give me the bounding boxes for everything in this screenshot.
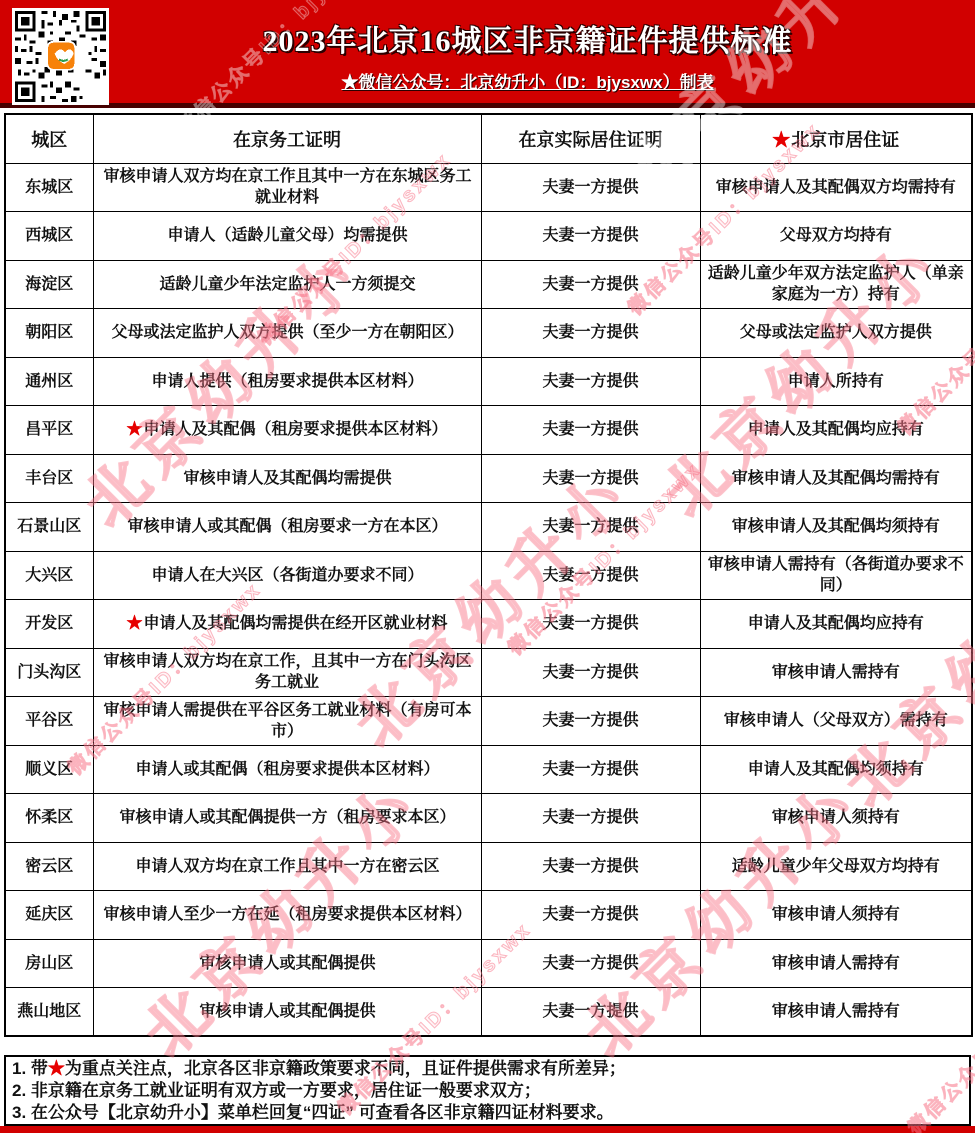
residence-proof-cell: 夫妻一方提供: [481, 988, 700, 1037]
table-row: 延庆区 审核申请人至少一方在延（租房要求提供本区材料） 夫妻一方提供 审核申请人…: [5, 891, 972, 940]
star-icon: ★: [126, 615, 142, 632]
district-cell: 通州区: [5, 357, 93, 406]
star-icon: ★: [126, 421, 142, 438]
residence-permit-cell: 审核申请人需持有: [700, 988, 972, 1037]
work-proof-cell: ★申请人及其配偶（租房要求提供本区材料）: [93, 406, 481, 455]
table-header-row: 城区 在京务工证明 在京实际居住证明 ★北京市居住证: [5, 114, 972, 163]
work-proof-cell: 审核申请人双方均在京工作，且其中一方在门头沟区务工就业: [93, 648, 481, 697]
requirements-table: 城区 在京务工证明 在京实际居住证明 ★北京市居住证 东城区 审核申请人双方均在…: [4, 113, 973, 1037]
residence-permit-cell: 审核申请人须持有: [700, 891, 972, 940]
residence-proof-cell: 夫妻一方提供: [481, 163, 700, 212]
table-row: 海淀区 适龄儿童少年法定监护人一方须提交 夫妻一方提供 适龄儿童少年双方法定监护…: [5, 260, 972, 309]
table-row: 密云区 申请人双方均在京工作且其中一方在密云区 夫妻一方提供 适龄儿童少年父母双…: [5, 842, 972, 891]
work-proof-cell: 申请人（适龄儿童父母）均需提供: [93, 212, 481, 261]
work-proof-cell: 审核申请人或其配偶提供: [93, 988, 481, 1037]
work-proof-text: 申请人及其配偶（租房要求提供本区材料）: [144, 421, 448, 438]
col-header-work-proof: 在京务工证明: [93, 114, 481, 163]
work-proof-text: 审核申请人或其配偶（租房要求一方在本区）: [127, 518, 447, 535]
work-proof-cell: 审核申请人需提供在平谷区务工就业材料（有房可本市）: [93, 697, 481, 746]
page-subtitle: ★微信公众号：北京幼升小（ID：bjysxwx）制表: [341, 68, 713, 93]
residence-permit-cell: 适龄儿童少年父母双方均持有: [700, 842, 972, 891]
table-row: 门头沟区 审核申请人双方均在京工作，且其中一方在门头沟区务工就业 夫妻一方提供 …: [5, 648, 972, 697]
work-proof-cell: 适龄儿童少年法定监护人一方须提交: [93, 260, 481, 309]
work-proof-text: 申请人双方均在京工作且其中一方在密云区: [135, 858, 439, 875]
district-cell: 门头沟区: [5, 648, 93, 697]
district-cell: 石景山区: [5, 503, 93, 552]
work-proof-text: 审核申请人双方均在京工作，且其中一方在门头沟区务工就业: [103, 653, 471, 691]
residence-permit-cell: 审核申请人及其配偶均须持有: [700, 503, 972, 552]
work-proof-cell: 审核申请人至少一方在延（租房要求提供本区材料）: [93, 891, 481, 940]
footnotes-box: 1. 带★为重点关注点，北京各区非京籍政策要求不同，且证件提供需求有所差异； 2…: [4, 1055, 971, 1126]
work-proof-cell: 申请人或其配偶（租房要求提供本区材料）: [93, 745, 481, 794]
table-row: 石景山区 审核申请人或其配偶（租房要求一方在本区） 夫妻一方提供 审核申请人及其…: [5, 503, 972, 552]
col-header-district: 城区: [5, 114, 93, 163]
header-titles: 2023年北京16城区非京籍证件提供标准 ★微信公众号：北京幼升小（ID：bjy…: [120, 0, 935, 108]
work-proof-text: 审核申请人或其配偶提供: [199, 1003, 375, 1020]
residence-proof-cell: 夫妻一方提供: [481, 842, 700, 891]
table-body: 东城区 审核申请人双方均在京工作且其中一方在东城区务工就业材料 夫妻一方提供 审…: [5, 163, 972, 1036]
table-row: 西城区 申请人（适龄儿童父母）均需提供 夫妻一方提供 父母双方均持有: [5, 212, 972, 261]
work-proof-text: 审核申请人及其配偶均需提供: [183, 470, 391, 487]
residence-proof-cell: 夫妻一方提供: [481, 503, 700, 552]
col-header-permit-label: 北京市居住证: [791, 130, 899, 150]
district-cell: 怀柔区: [5, 794, 93, 843]
table-row: 燕山地区 审核申请人或其配偶提供 夫妻一方提供 审核申请人需持有: [5, 988, 972, 1037]
table-row: 昌平区 ★申请人及其配偶（租房要求提供本区材料） 夫妻一方提供 申请人及其配偶均…: [5, 406, 972, 455]
col-header-residence-permit: ★北京市居住证: [700, 114, 972, 163]
residence-proof-cell: 夫妻一方提供: [481, 600, 700, 649]
work-proof-text: 申请人及其配偶均需提供在经开区就业材料: [144, 615, 448, 632]
district-cell: 平谷区: [5, 697, 93, 746]
district-cell: 海淀区: [5, 260, 93, 309]
work-proof-text: 审核申请人需提供在平谷区务工就业材料（有房可本市）: [103, 702, 471, 740]
work-proof-text: 审核申请人或其配偶提供一方（租房要求本区）: [119, 809, 455, 826]
footnote-2: 2. 非京籍在京务工就业证明有双方或一方要求，居住证一般要求双方；: [12, 1080, 963, 1102]
table-row: 怀柔区 审核申请人或其配偶提供一方（租房要求本区） 夫妻一方提供 审核申请人须持…: [5, 794, 972, 843]
work-proof-text: 审核申请人或其配偶提供: [199, 955, 375, 972]
residence-proof-cell: 夫妻一方提供: [481, 406, 700, 455]
work-proof-cell: 申请人双方均在京工作且其中一方在密云区: [93, 842, 481, 891]
district-cell: 延庆区: [5, 891, 93, 940]
residence-permit-cell: 审核申请人（父母双方）需持有: [700, 697, 972, 746]
work-proof-text: 申请人在大兴区（各街道办要求不同）: [151, 567, 423, 584]
residence-permit-cell: 申请人所持有: [700, 357, 972, 406]
residence-proof-cell: 夫妻一方提供: [481, 260, 700, 309]
district-cell: 昌平区: [5, 406, 93, 455]
table-row: 房山区 审核申请人或其配偶提供 夫妻一方提供 审核申请人需持有: [5, 939, 972, 988]
district-cell: 燕山地区: [5, 988, 93, 1037]
work-proof-cell: ★申请人及其配偶均需提供在经开区就业材料: [93, 600, 481, 649]
district-cell: 西城区: [5, 212, 93, 261]
residence-permit-cell: 申请人及其配偶均应持有: [700, 600, 972, 649]
residence-proof-cell: 夫妻一方提供: [481, 745, 700, 794]
work-proof-cell: 父母或法定监护人双方提供（至少一方在朝阳区）: [93, 309, 481, 358]
district-cell: 朝阳区: [5, 309, 93, 358]
residence-proof-cell: 夫妻一方提供: [481, 648, 700, 697]
residence-proof-cell: 夫妻一方提供: [481, 551, 700, 600]
district-cell: 房山区: [5, 939, 93, 988]
work-proof-cell: 申请人在大兴区（各街道办要求不同）: [93, 551, 481, 600]
bottom-red-strip: [0, 1126, 975, 1133]
residence-proof-cell: 夫妻一方提供: [481, 309, 700, 358]
work-proof-cell: 审核申请人及其配偶均需提供: [93, 454, 481, 503]
district-cell: 东城区: [5, 163, 93, 212]
residence-proof-cell: 夫妻一方提供: [481, 891, 700, 940]
work-proof-text: 审核申请人双方均在京工作且其中一方在东城区务工就业材料: [103, 168, 471, 206]
work-proof-text: 适龄儿童少年法定监护人一方须提交: [159, 276, 415, 293]
work-proof-cell: 审核申请人或其配偶（租房要求一方在本区）: [93, 503, 481, 552]
residence-permit-cell: 审核申请人及其配偶双方均需持有: [700, 163, 972, 212]
district-cell: 密云区: [5, 842, 93, 891]
qr-code-icon: [12, 8, 109, 105]
district-cell: 顺义区: [5, 745, 93, 794]
star-icon: ★: [48, 1059, 65, 1078]
table-row: 顺义区 申请人或其配偶（租房要求提供本区材料） 夫妻一方提供 申请人及其配偶均须…: [5, 745, 972, 794]
residence-proof-cell: 夫妻一方提供: [481, 212, 700, 261]
residence-proof-cell: 夫妻一方提供: [481, 697, 700, 746]
residence-permit-cell: 审核申请人需持有: [700, 939, 972, 988]
work-proof-text: 申请人提供（租房要求提供本区材料）: [151, 373, 423, 390]
district-cell: 开发区: [5, 600, 93, 649]
work-proof-cell: 审核申请人双方均在京工作且其中一方在东城区务工就业材料: [93, 163, 481, 212]
header-banner: 2023年北京16城区非京籍证件提供标准 ★微信公众号：北京幼升小（ID：bjy…: [0, 0, 975, 108]
table-row: 开发区 ★申请人及其配偶均需提供在经开区就业材料 夫妻一方提供 申请人及其配偶均…: [5, 600, 972, 649]
residence-permit-cell: 审核申请人需持有: [700, 648, 972, 697]
star-icon: ★: [772, 130, 790, 150]
work-proof-cell: 申请人提供（租房要求提供本区材料）: [93, 357, 481, 406]
residence-permit-cell: 父母或法定监护人双方提供: [700, 309, 972, 358]
residence-proof-cell: 夫妻一方提供: [481, 357, 700, 406]
residence-proof-cell: 夫妻一方提供: [481, 939, 700, 988]
work-proof-text: 父母或法定监护人双方提供（至少一方在朝阳区）: [111, 324, 463, 341]
table-row: 通州区 申请人提供（租房要求提供本区材料） 夫妻一方提供 申请人所持有: [5, 357, 972, 406]
residence-permit-cell: 审核申请人及其配偶均需持有: [700, 454, 972, 503]
table-row: 朝阳区 父母或法定监护人双方提供（至少一方在朝阳区） 夫妻一方提供 父母或法定监…: [5, 309, 972, 358]
footnote-1: 1. 带★为重点关注点，北京各区非京籍政策要求不同，且证件提供需求有所差异；: [12, 1058, 963, 1080]
table-row: 平谷区 审核申请人需提供在平谷区务工就业材料（有房可本市） 夫妻一方提供 审核申…: [5, 697, 972, 746]
residence-permit-cell: 审核申请人需持有（各街道办要求不同）: [700, 551, 972, 600]
work-proof-text: 审核申请人至少一方在延（租房要求提供本区材料）: [103, 906, 471, 923]
table-row: 东城区 审核申请人双方均在京工作且其中一方在东城区务工就业材料 夫妻一方提供 审…: [5, 163, 972, 212]
residence-permit-cell: 父母双方均持有: [700, 212, 972, 261]
work-proof-cell: 审核申请人或其配偶提供一方（租房要求本区）: [93, 794, 481, 843]
residence-permit-cell: 审核申请人须持有: [700, 794, 972, 843]
residence-proof-cell: 夫妻一方提供: [481, 794, 700, 843]
residence-permit-cell: 适龄儿童少年双方法定监护人（单亲家庭为一方）持有: [700, 260, 972, 309]
table-row: 大兴区 申请人在大兴区（各街道办要求不同） 夫妻一方提供 审核申请人需持有（各街…: [5, 551, 972, 600]
district-cell: 丰台区: [5, 454, 93, 503]
page-title: 2023年北京16城区非京籍证件提供标准: [263, 16, 793, 60]
work-proof-text: 申请人或其配偶（租房要求提供本区材料）: [135, 761, 439, 778]
page: 2023年北京16城区非京籍证件提供标准 ★微信公众号：北京幼升小（ID：bjy…: [0, 0, 975, 1133]
residence-proof-cell: 夫妻一方提供: [481, 454, 700, 503]
table-row: 丰台区 审核申请人及其配偶均需提供 夫妻一方提供 审核申请人及其配偶均需持有: [5, 454, 972, 503]
residence-permit-cell: 申请人及其配偶均应持有: [700, 406, 972, 455]
col-header-residence-proof: 在京实际居住证明: [481, 114, 700, 163]
work-proof-text: 申请人（适龄儿童父母）均需提供: [167, 227, 407, 244]
district-cell: 大兴区: [5, 551, 93, 600]
work-proof-cell: 审核申请人或其配偶提供: [93, 939, 481, 988]
residence-permit-cell: 申请人及其配偶均须持有: [700, 745, 972, 794]
footnote-3: 3. 在公众号【北京幼升小】菜单栏回复“四证” 可查看各区非京籍四证材料要求。: [12, 1102, 963, 1124]
